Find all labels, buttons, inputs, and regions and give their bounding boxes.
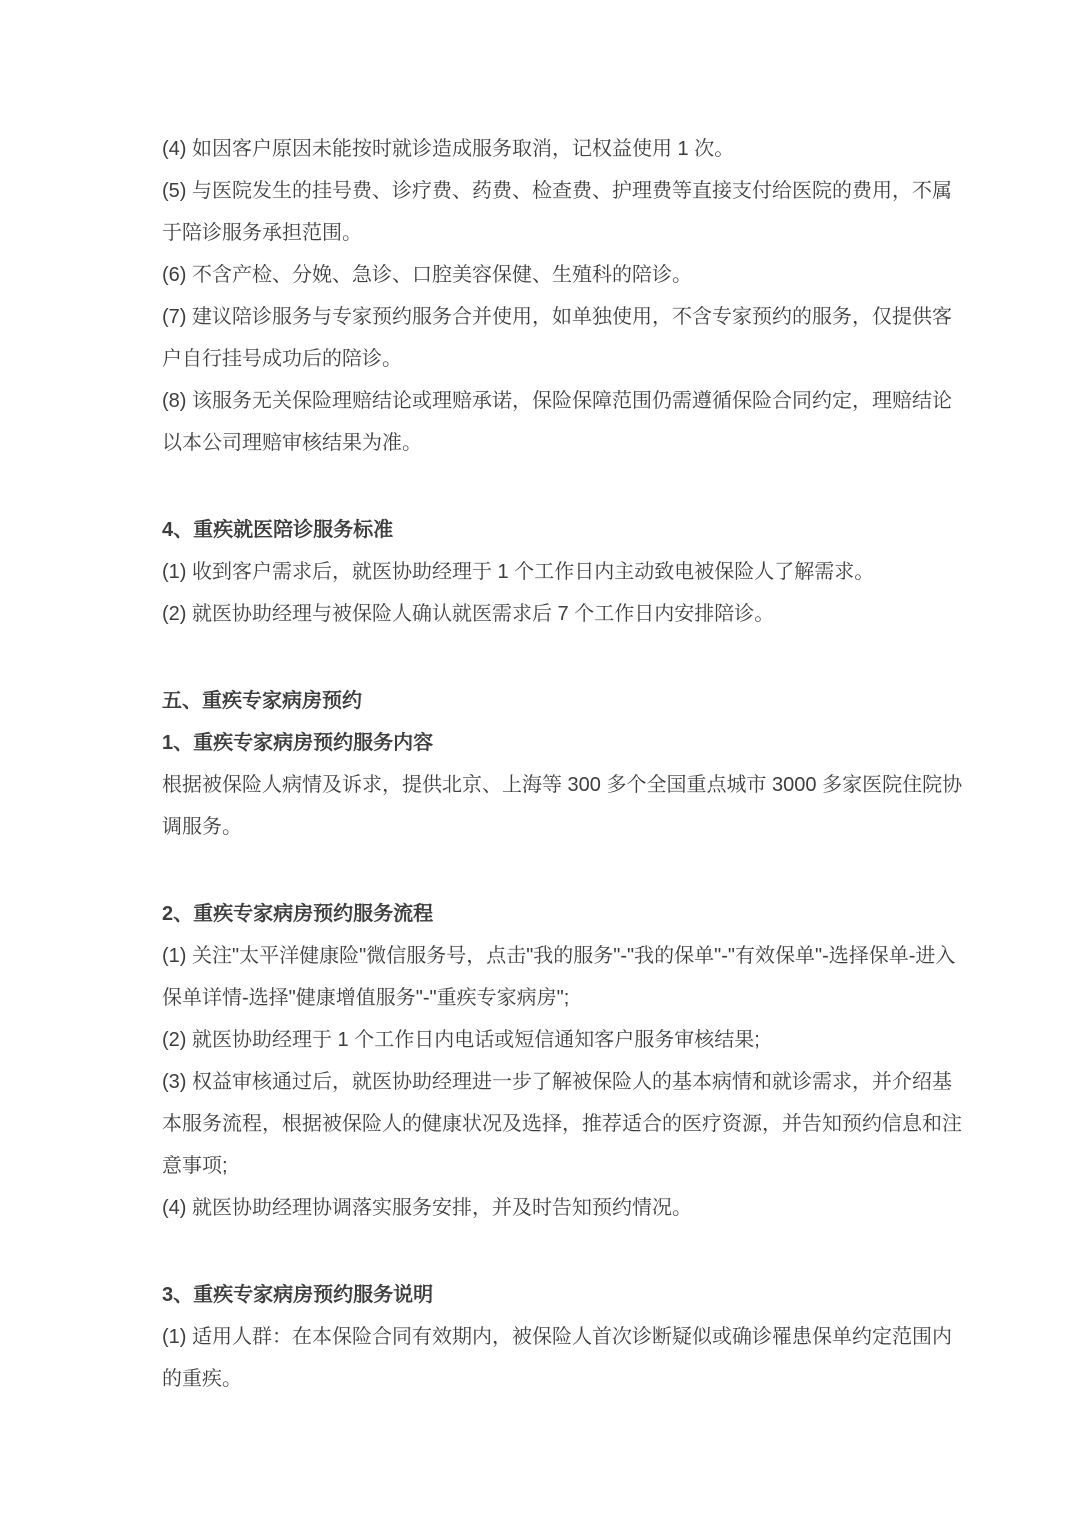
list-item: (2) 就医协助经理于 1 个工作日内电话或短信通知客户服务审核结果;: [162, 1019, 968, 1061]
list-item: (6) 不含产检、分娩、急诊、口腔美容保健、生殖科的陪诊。: [162, 254, 968, 296]
list-item: (1) 收到客户需求后，就医协助经理于 1 个工作日内主动致电被保险人了解需求。: [162, 551, 968, 593]
list-item: (4) 就医协助经理协调落实服务安排，并及时告知预约情况。: [162, 1187, 968, 1229]
list-item: (7) 建议陪诊服务与专家预约服务合并使用，如单独使用，不含专家预约的服务，仅提…: [162, 296, 968, 380]
list-item: (5) 与医院发生的挂号费、诊疗费、药费、检查费、护理费等直接支付给医院的费用，…: [162, 170, 968, 254]
section-heading: 五、重疾专家病房预约: [162, 680, 968, 722]
section-heading: 1、重疾专家病房预约服务内容: [162, 722, 968, 764]
section-heading: 2、重疾专家病房预约服务流程: [162, 893, 968, 935]
section-heading: 4、重疾就医陪诊服务标准: [162, 509, 968, 551]
paragraph: 根据被保险人病情及诉求，提供北京、上海等 300 多个全国重点城市 3000 多…: [162, 764, 968, 848]
list-item: (3) 权益审核通过后，就医协助经理进一步了解被保险人的基本病情和就诊需求，并介…: [162, 1061, 968, 1187]
list-item: (1) 适用人群：在本保险合同有效期内，被保险人首次诊断疑似或确诊罹患保单约定范…: [162, 1316, 968, 1400]
document-page: (4) 如因客户原因未能按时就诊造成服务取消，记权益使用 1 次。 (5) 与医…: [0, 0, 1080, 1527]
list-item: (2) 就医协助经理与被保险人确认就医需求后 7 个工作日内安排陪诊。: [162, 593, 968, 635]
section-heading: 3、重疾专家病房预约服务说明: [162, 1274, 968, 1316]
list-item: (4) 如因客户原因未能按时就诊造成服务取消，记权益使用 1 次。: [162, 128, 968, 170]
list-item: (1) 关注"太平洋健康险"微信服务号，点击"我的服务"-"我的保单"-"有效保…: [162, 935, 968, 1019]
list-item: (8) 该服务无关保险理赔结论或理赔承诺，保险保障范围仍需遵循保险合同约定，理赔…: [162, 380, 968, 464]
